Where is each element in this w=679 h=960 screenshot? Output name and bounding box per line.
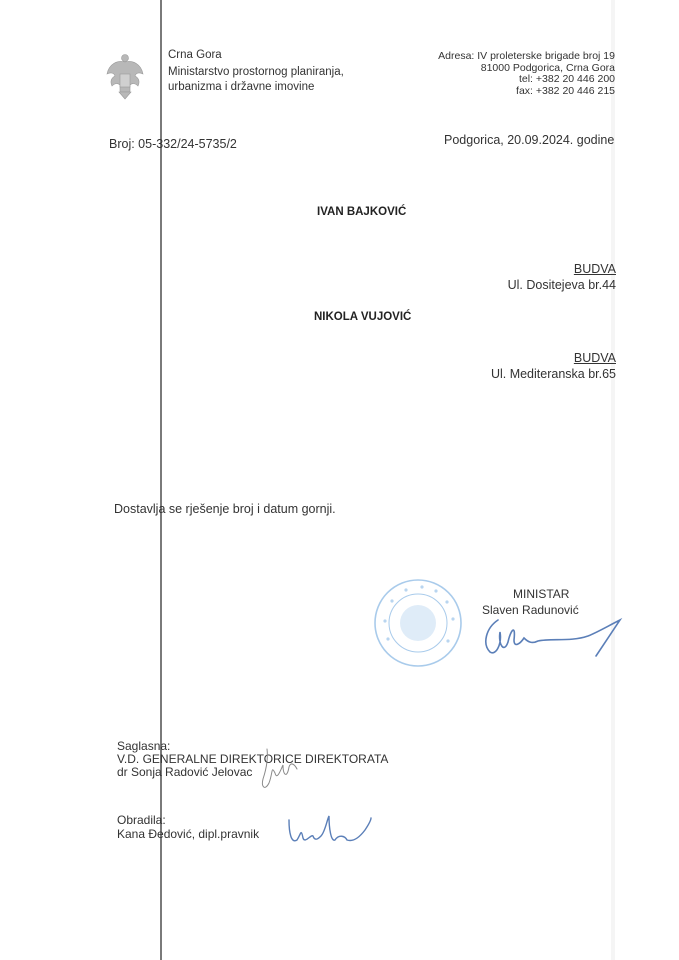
recipient-street: Ul. Dositejeva br.44 xyxy=(508,278,616,292)
recipient-city: BUDVA xyxy=(574,351,616,365)
signature-icon xyxy=(476,614,626,664)
recipient-street: Ul. Mediteranska br.65 xyxy=(491,367,616,381)
coat-of-arms-icon xyxy=(105,52,145,100)
approval-name: dr Sonja Radović Jelovac xyxy=(117,766,388,779)
ministry-name-line1: Ministarstvo prostornog planiranja, xyxy=(168,65,344,80)
recipient-city: BUDVA xyxy=(574,262,616,276)
body-text: Dostavlja se rješenje broj i datum gornj… xyxy=(114,502,336,516)
prepared-by-label: Obradila: xyxy=(117,813,259,827)
official-stamp-icon xyxy=(372,577,464,669)
signatory-title: MINISTAR xyxy=(513,587,569,601)
approval-block: Saglasna: V.D. GENERALNE DIREKTORICE DIR… xyxy=(117,740,388,779)
ministry-header: Crna Gora Ministarstvo prostornog planir… xyxy=(168,48,344,95)
address-fax: fax: +382 20 446 215 xyxy=(438,86,615,98)
approval-signature-icon xyxy=(255,747,300,795)
recipient-name: IVAN BAJKOVIĆ xyxy=(317,206,406,218)
prepared-by-name: Kana Đedović, dipl.pravnik xyxy=(117,827,259,841)
preparer-signature-icon xyxy=(285,812,375,850)
ministry-name-line2: urbanizma i državne imovine xyxy=(168,80,344,95)
document-date: Podgorica, 20.09.2024. godine xyxy=(444,133,614,147)
address-tel: tel: +382 20 446 200 xyxy=(438,74,615,86)
address-line1: Adresa: IV proleterske brigade broj 19 xyxy=(438,51,615,63)
prepared-by-block: Obradila: Kana Đedović, dipl.pravnik xyxy=(117,813,259,841)
country-name: Crna Gora xyxy=(168,48,344,63)
recipient-name: NIKOLA VUJOVIĆ xyxy=(314,311,411,323)
ministry-address: Adresa: IV proleterske brigade broj 19 8… xyxy=(438,51,615,97)
reference-number: Broj: 05-332/24-5735/2 xyxy=(109,137,237,151)
